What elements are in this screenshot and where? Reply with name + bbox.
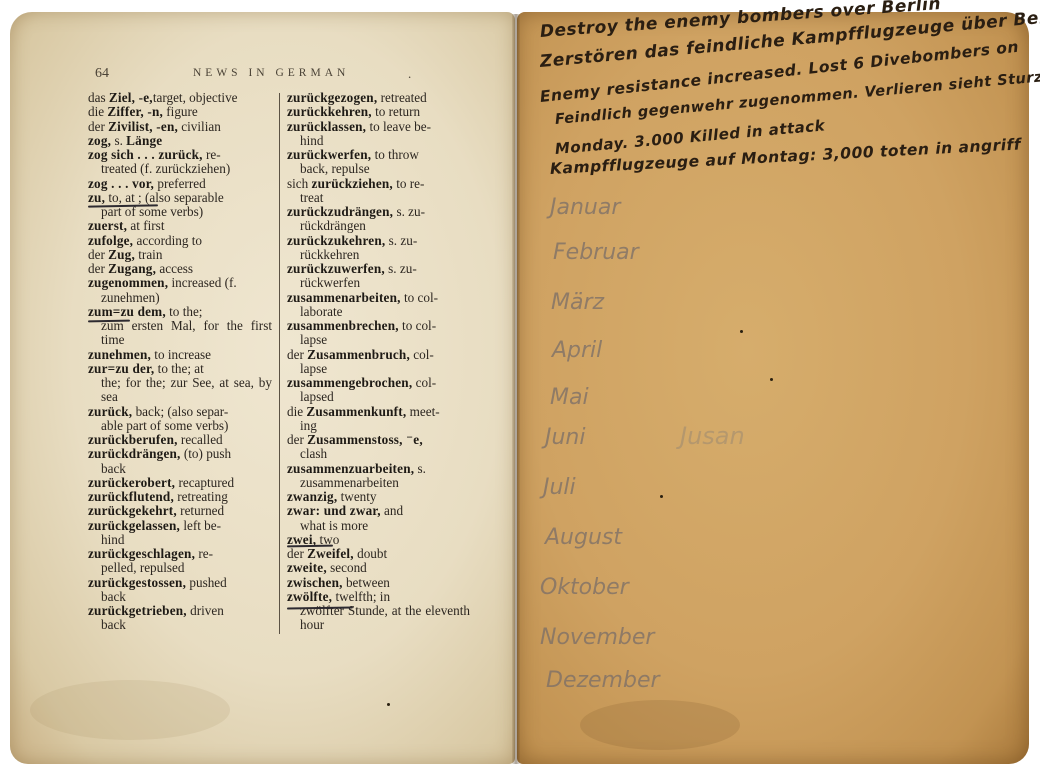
headword: zurückerobert, [88, 475, 175, 490]
headword: zur=zu der, [88, 361, 154, 376]
headword: zurückzudrängen, [287, 204, 393, 219]
definition-continued: back [88, 618, 272, 632]
definition-continued: able part of some verbs) [88, 419, 272, 433]
pencil-month: Oktober [540, 575, 629, 600]
pencil-month: August [545, 525, 622, 550]
definition: (to) push [181, 446, 232, 461]
faint-pencil-signature: Jusan [680, 422, 745, 450]
glossary-entry: der Zug, train [88, 248, 272, 262]
glossary-entry: sich zurückziehen, to re-treat [287, 177, 470, 206]
definition-continued: lapse [287, 333, 470, 347]
headword: Zweifel, [307, 546, 354, 561]
headword: Zug, [108, 247, 135, 262]
headword: zurückdrängen, [88, 446, 181, 461]
headword: zurücklassen, [287, 119, 366, 134]
article: das [88, 90, 109, 105]
definition: train [135, 247, 162, 262]
definition-continued: treated (f. zurückziehen) [88, 162, 272, 176]
glossary-entry: der Zugang, access [88, 262, 272, 276]
definition-continued: hind [88, 533, 272, 547]
pencil-month: Mai [550, 385, 589, 410]
definition-continued: rückdrängen [287, 219, 470, 233]
definition: second [327, 560, 367, 575]
headword: zog sich . . . zurück, [88, 147, 203, 162]
article: der [287, 546, 307, 561]
ink-speck [660, 495, 663, 498]
headword: Ziel, -e, [109, 90, 153, 105]
glossary-entry: zusammengebrochen, col-lapsed [287, 376, 470, 405]
headword: Zusammenstoss, ⁻e, [307, 432, 423, 447]
glossary-entry: die Ziffer, -n, figure [88, 105, 272, 119]
headword: Zugang, [108, 261, 156, 276]
definition: to return [372, 104, 420, 119]
definition-continued: hind [287, 134, 470, 148]
pencil-month: März [551, 290, 604, 315]
headword: zweite, [287, 560, 327, 575]
headword: zugenommen, [88, 275, 168, 290]
definition-continued: what is more [287, 519, 470, 533]
definition: target, objective [153, 90, 238, 105]
book-spine [512, 14, 520, 764]
glossary-entry: zurückzudrängen, s. zu-rückdrängen [287, 205, 470, 234]
headword: zum=zu dem, [88, 304, 166, 319]
definition: meet- [406, 404, 439, 419]
pencil-month: Dezember [546, 668, 660, 693]
headword: zusammenarbeiten, [287, 290, 401, 305]
definition: recalled [178, 432, 223, 447]
article: der [88, 261, 108, 276]
glossary-entry: zusammenbrechen, to col-lapse [287, 319, 470, 348]
definition: re- [203, 147, 221, 162]
glossary-entry: zurückdrängen, (to) pushback [88, 447, 272, 476]
glossary-entry: zurückgekehrt, returned [88, 504, 272, 518]
article: die [88, 104, 107, 119]
pencil-month: Juli [543, 475, 576, 500]
headword: zurückziehen, [312, 176, 393, 191]
definition-continued: back, repulse [287, 162, 470, 176]
definition: preferred [154, 176, 206, 191]
headword: zusammenzuarbeiten, [287, 461, 414, 476]
glossary-entry: zusammenarbeiten, to col-laborate [287, 291, 470, 320]
glossary-entry: zur=zu der, to the; atthe; for the; zur … [88, 362, 272, 405]
definition-continued: treat [287, 191, 470, 205]
headword: zog, [88, 133, 111, 148]
definition: and [381, 503, 403, 518]
glossary-entry: zurückflutend, retreating [88, 490, 272, 504]
glossary-entry: zurückgetrieben, drivenback [88, 604, 272, 633]
definition: s. zu- [393, 204, 425, 219]
glossary-entry: zum=zu dem, to the;zum ersten Mal, for t… [88, 305, 272, 348]
definition: between [343, 575, 390, 590]
running-mark: . [408, 66, 411, 82]
headword: zwar: und zwar, [287, 503, 381, 518]
column-divider [279, 93, 280, 634]
pencil-month: Februar [553, 240, 639, 265]
definition: col- [410, 347, 434, 362]
article: sich [287, 176, 312, 191]
pencil-month: Juni [545, 425, 586, 450]
definition: to the; at [154, 361, 203, 376]
glossary-entry: zurückgelassen, left be-hind [88, 519, 272, 548]
article: die [287, 404, 306, 419]
definition: to col- [399, 318, 436, 333]
headword: zufolge, [88, 233, 133, 248]
headword: zwölfte, [287, 589, 332, 604]
definition: back; (also separ- [132, 404, 228, 419]
glossary-entry: zwischen, between [287, 576, 470, 590]
definition-continued: zunehmen) [88, 291, 272, 305]
headword: Zusammenbruch, [307, 347, 410, 362]
definition-continued: zum ersten Mal, for the first time [88, 319, 272, 348]
glossary-entry: das Ziel, -e,target, objective [88, 91, 272, 105]
headword: zurückgestossen, [88, 575, 186, 590]
headword: zurückberufen, [88, 432, 178, 447]
definition-continued: zusammenarbeiten [287, 476, 470, 490]
glossary-entry: zurückgestossen, pushedback [88, 576, 272, 605]
definition: retreated [377, 90, 426, 105]
glossary-entry: der Zusammenbruch, col-lapse [287, 348, 470, 377]
definition: twelfth; in [332, 589, 390, 604]
headword: Ziffer, -n, [107, 104, 163, 119]
headword: zu, [88, 190, 105, 205]
definition-continued: back [88, 590, 272, 604]
glossary-entry: zog sich . . . zurück, re-treated (f. zu… [88, 148, 272, 177]
glossary-entry: zurückzukehren, s. zu-rückkehren [287, 234, 470, 263]
definition: recaptured [175, 475, 234, 490]
definition-continued: lapsed [287, 390, 470, 404]
paper-stain [580, 700, 740, 750]
definition: figure [163, 104, 198, 119]
ink-speck [740, 330, 743, 333]
definition-continued: lapse [287, 362, 470, 376]
definition-continued: ing [287, 419, 470, 433]
headword: zunehmen, [88, 347, 151, 362]
definition: doubt [354, 546, 387, 561]
headword: zurückflutend, [88, 489, 174, 504]
ink-speck [770, 378, 773, 381]
glossary-entry: zwanzig, twenty [287, 490, 470, 504]
glossary-entry: zog . . . vor, preferred [88, 177, 272, 191]
glossary-entry: zurückgeschlagen, re-pelled, repulsed [88, 547, 272, 576]
headword: zurückwerfen, [287, 147, 371, 162]
definition-continued: rückwerfen [287, 276, 470, 290]
running-head: 64 NEWS IN GERMAN . [95, 66, 425, 84]
running-title: NEWS IN GERMAN [193, 67, 349, 79]
definition: at first [127, 218, 164, 233]
glossary-entry: zwölfte, twelfth; inzwölfter Stunde, at … [287, 590, 470, 633]
glossary-entry: der Zivilist, -en, civilian [88, 120, 272, 134]
page-number: 64 [95, 66, 109, 82]
pencil-month: April [552, 338, 602, 363]
headword: zusammengebrochen, [287, 375, 412, 390]
definition: s. zu- [385, 261, 417, 276]
glossary-entry: zwar: und zwar, andwhat is more [287, 504, 470, 533]
definition: driven [187, 603, 224, 618]
headword: zurückzuwerfen, [287, 261, 385, 276]
definition: to the; [166, 304, 203, 319]
definition: returned [177, 503, 224, 518]
pencil-month: Januar [550, 195, 620, 220]
definition-continued: the; for the; zur See, at sea, by sea [88, 376, 272, 405]
pencil-month: November [540, 625, 654, 650]
glossary-entry: zurückwerfen, to throwback, repulse [287, 148, 470, 177]
definition-continued: laborate [287, 305, 470, 319]
definition: according to [133, 233, 202, 248]
glossary-entry: der Zusammenstoss, ⁻e,clash [287, 433, 470, 462]
headword: Zusammenkunft, [306, 404, 406, 419]
glossary-entry: zurückberufen, recalled [88, 433, 272, 447]
headword: zurück, [88, 404, 132, 419]
glossary-entry: zufolge, according to [88, 234, 272, 248]
definition: to, at ; (also separable [105, 190, 224, 205]
headword: zurückgetrieben, [88, 603, 187, 618]
article: der [287, 347, 307, 362]
glossary-entry: zusammenzuarbeiten, s.zusammenarbeiten [287, 462, 470, 491]
glossary-entry: zurücklassen, to leave be-hind [287, 120, 470, 149]
glossary-entry: zurückzuwerfen, s. zu-rückwerfen [287, 262, 470, 291]
glossary-column-right: zurückgezogen, retreatedzurückkehren, to… [287, 91, 470, 633]
headword: zwischen, [287, 575, 343, 590]
headword: zurückgezogen, [287, 90, 377, 105]
headword: zurückgekehrt, [88, 503, 177, 518]
definition: to throw [371, 147, 419, 162]
headword: zuerst, [88, 218, 127, 233]
glossary-entry: zuerst, at first [88, 219, 272, 233]
definition-continued: back [88, 462, 272, 476]
definition: civilian [178, 119, 221, 134]
glossary-entry: zweite, second [287, 561, 470, 575]
definition: left be- [180, 518, 221, 533]
definition: s. zu- [385, 233, 417, 248]
definition: twenty [337, 489, 376, 504]
headword: zurückzukehren, [287, 233, 385, 248]
ink-speck [387, 703, 390, 706]
headword: zurückgelassen, [88, 518, 180, 533]
cross-reference: Länge [126, 133, 162, 148]
headword: zurückkehren, [287, 104, 372, 119]
glossary-entry: zog, s. Länge [88, 134, 272, 148]
definition: increased (f. [168, 275, 236, 290]
glossary-entry: zurückgezogen, retreated [287, 91, 470, 105]
definition-continued: rückkehren [287, 248, 470, 262]
definition: re- [195, 546, 213, 561]
definition: to leave be- [366, 119, 431, 134]
definition: retreating [174, 489, 228, 504]
headword: zwanzig, [287, 489, 337, 504]
definition: to col- [401, 290, 438, 305]
definition-continued: pelled, repulsed [88, 561, 272, 575]
paper-stain [30, 680, 230, 740]
glossary-column-left: das Ziel, -e,target, objectivedie Ziffer… [88, 91, 272, 633]
glossary-entry: zugenommen, increased (f.zunehmen) [88, 276, 272, 305]
article: der [88, 119, 108, 134]
headword: zog . . . vor, [88, 176, 154, 191]
article: der [287, 432, 307, 447]
definition: s. [414, 461, 426, 476]
headword: zurückgeschlagen, [88, 546, 195, 561]
definition: to increase [151, 347, 211, 362]
definition: s. [111, 133, 126, 148]
headword: zusammenbrechen, [287, 318, 399, 333]
glossary-entry: der Zweifel, doubt [287, 547, 470, 561]
glossary-entry: zurückerobert, recaptured [88, 476, 272, 490]
glossary-entry: zurück, back; (also separ-able part of s… [88, 405, 272, 434]
definition-continued: clash [287, 447, 470, 461]
glossary-entry: die Zusammenkunft, meet-ing [287, 405, 470, 434]
article: der [88, 247, 108, 262]
glossary-entry: zunehmen, to increase [88, 348, 272, 362]
definition: col- [412, 375, 436, 390]
definition: to re- [393, 176, 425, 191]
headword: Zivilist, -en, [108, 119, 178, 134]
definition: access [156, 261, 193, 276]
glossary-entry: zurückkehren, to return [287, 105, 470, 119]
definition: pushed [186, 575, 227, 590]
